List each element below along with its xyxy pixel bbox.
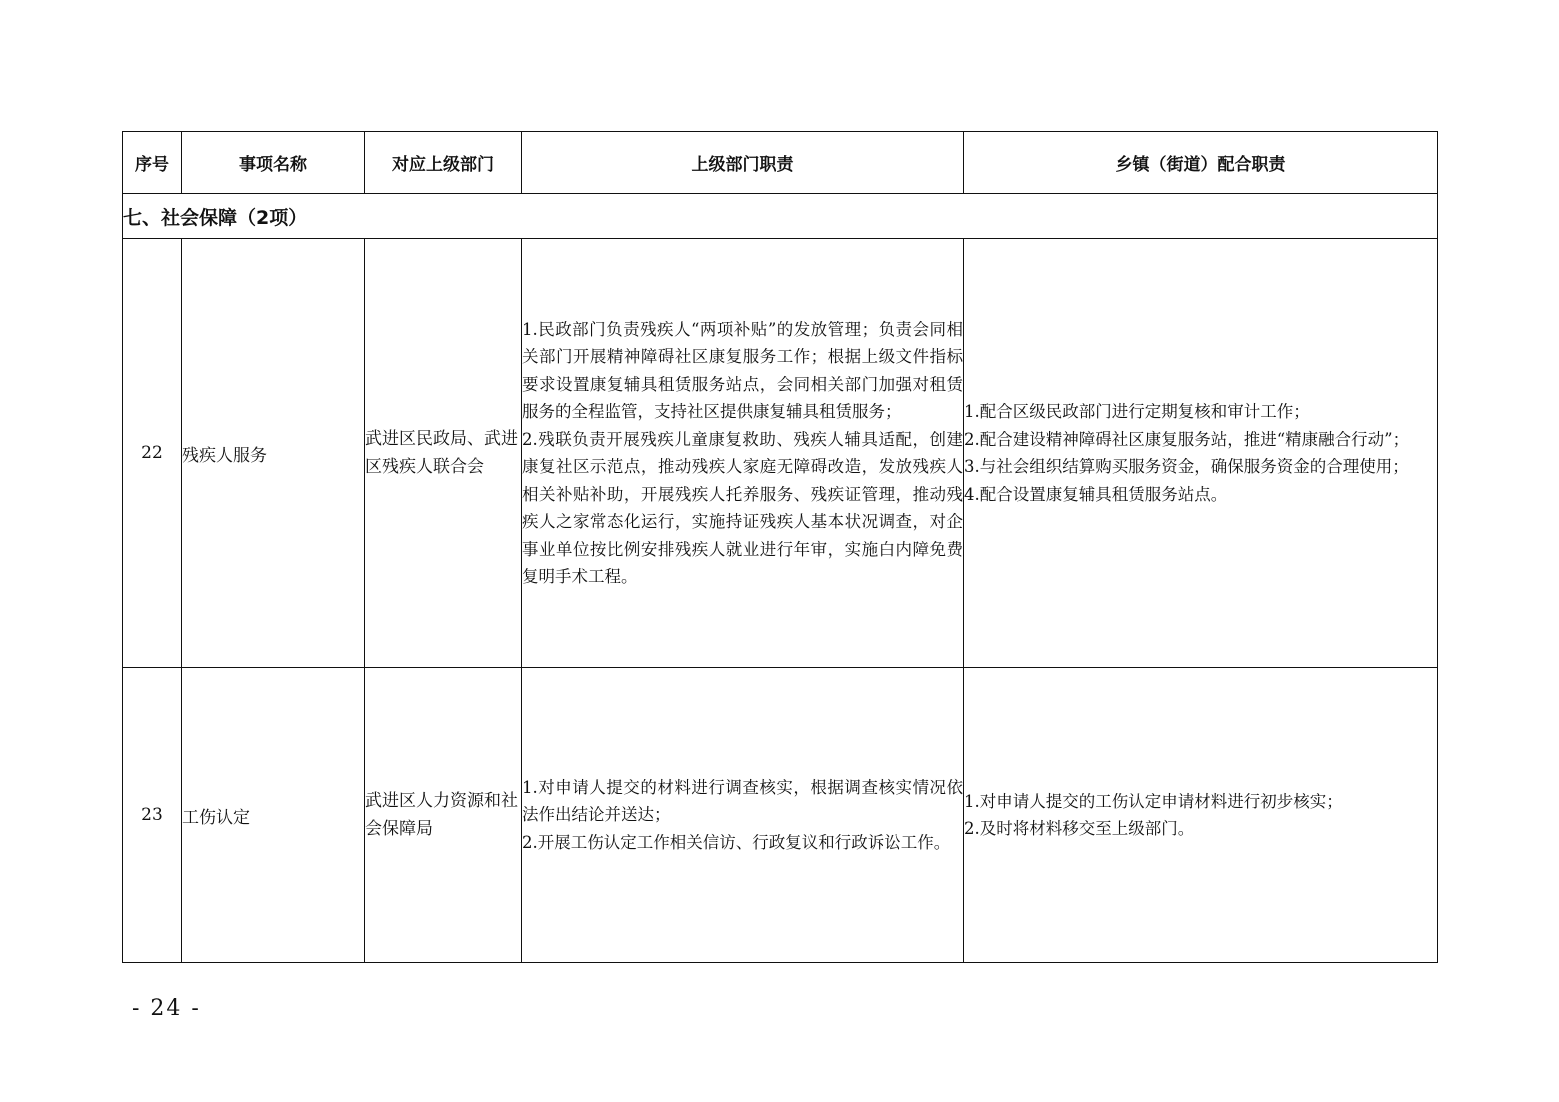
table-row: 23 工伤认定 武进区人力资源和社会保障局 1.对申请人提交的材料进行调查核实，… bbox=[123, 668, 1438, 963]
header-item-name: 事项名称 bbox=[182, 132, 365, 194]
row-cooperation-duties: 1.配合区级民政部门进行定期复核和审计工作； 2.配合建设精神障碍社区康复服务站… bbox=[964, 239, 1438, 668]
table-header-row: 序号 事项名称 对应上级部门 上级部门职责 乡镇（街道）配合职责 bbox=[123, 132, 1438, 194]
cooperation-item: 4.配合设置康复辅具租赁服务站点。 bbox=[964, 481, 1437, 509]
row-number: 22 bbox=[123, 239, 182, 668]
cooperation-item: 2.及时将材料移交至上级部门。 bbox=[964, 815, 1437, 843]
section-title: 七、社会保障（2项） bbox=[123, 194, 1438, 239]
responsibility-table: 序号 事项名称 对应上级部门 上级部门职责 乡镇（街道）配合职责 七、社会保障（… bbox=[122, 131, 1438, 963]
header-serial-number: 序号 bbox=[123, 132, 182, 194]
row-superior-duties: 1.民政部门负责残疾人“两项补贴”的发放管理；负责会同相关部门开展精神障碍社区康… bbox=[522, 239, 964, 668]
section-heading-row: 七、社会保障（2项） bbox=[123, 194, 1438, 239]
header-superior-duties: 上级部门职责 bbox=[522, 132, 964, 194]
row-item-name: 工伤认定 bbox=[182, 668, 365, 963]
table-row: 22 残疾人服务 武进区民政局、武进区残疾人联合会 1.民政部门负责残疾人“两项… bbox=[123, 239, 1438, 668]
row-cooperation-duties: 1.对申请人提交的工伤认定申请材料进行初步核实； 2.及时将材料移交至上级部门。 bbox=[964, 668, 1438, 963]
header-township-cooperation: 乡镇（街道）配合职责 bbox=[964, 132, 1438, 194]
row-superior-duties: 1.对申请人提交的材料进行调查核实，根据调查核实情况依法作出结论并送达； 2.开… bbox=[522, 668, 964, 963]
row-department: 武进区人力资源和社会保障局 bbox=[365, 668, 522, 963]
duty-item: 2.残联负责开展残疾儿童康复救助、残疾人辅具适配，创建康复社区示范点，推动残疾人… bbox=[522, 426, 963, 591]
duty-item: 1.民政部门负责残疾人“两项补贴”的发放管理；负责会同相关部门开展精神障碍社区康… bbox=[522, 316, 963, 426]
header-superior-department: 对应上级部门 bbox=[365, 132, 522, 194]
duty-item: 2.开展工伤认定工作相关信访、行政复议和行政诉讼工作。 bbox=[522, 829, 963, 857]
row-number: 23 bbox=[123, 668, 182, 963]
row-item-name: 残疾人服务 bbox=[182, 239, 365, 668]
cooperation-item: 2.配合建设精神障碍社区康复服务站，推进“精康融合行动”； bbox=[964, 426, 1437, 454]
cooperation-item: 3.与社会组织结算购买服务资金，确保服务资金的合理使用； bbox=[964, 453, 1437, 481]
cooperation-item: 1.对申请人提交的工伤认定申请材料进行初步核实； bbox=[964, 788, 1437, 816]
cooperation-item: 1.配合区级民政部门进行定期复核和审计工作； bbox=[964, 398, 1437, 426]
row-department: 武进区民政局、武进区残疾人联合会 bbox=[365, 239, 522, 668]
duty-item: 1.对申请人提交的材料进行调查核实，根据调查核实情况依法作出结论并送达； bbox=[522, 774, 963, 829]
page-number: - 24 - bbox=[132, 996, 201, 1021]
